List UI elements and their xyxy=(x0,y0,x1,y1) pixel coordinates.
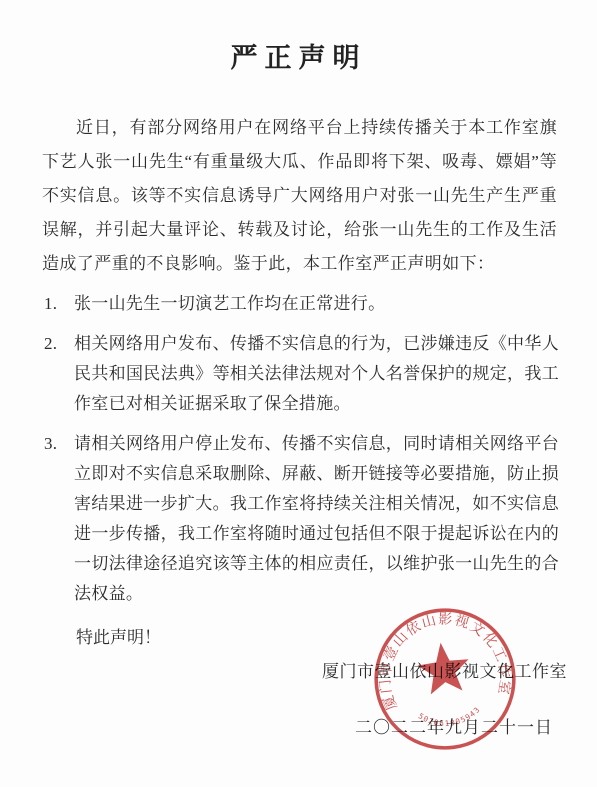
list-item: 1. 张一山先生一切演艺工作均在正常进行。 xyxy=(44,289,559,319)
intro-paragraph: 近日，有部分网络用户在网络平台上持续传播关于本工作室旗下艺人张一山先生“有重量级… xyxy=(42,111,557,281)
item-text: 请相关网络用户停止发布、传播不实信息，同时请相关网络平台立即对不实信息采取删除、… xyxy=(74,429,559,609)
date-line: 二〇二二年九月二十一日 xyxy=(0,713,553,743)
closing-line: 特此声明！ xyxy=(42,623,557,653)
item-number: 2. xyxy=(44,329,74,419)
list-item: 3. 请相关网络用户停止发布、传播不实信息，同时请相关网络平台立即对不实信息采取… xyxy=(44,429,559,609)
statement-list: 1. 张一山先生一切演艺工作均在正常进行。 2. 相关网络用户发布、传播不实信息… xyxy=(44,289,559,609)
item-text: 张一山先生一切演艺工作均在正常进行。 xyxy=(74,289,559,319)
document-title: 严正声明 xyxy=(0,36,597,75)
signature-line: 厦门市壹山依山影视文化工作室 xyxy=(0,657,567,687)
statement-document: 严正声明 近日，有部分网络用户在网络平台上持续传播关于本工作室旗下艺人张一山先生… xyxy=(0,0,597,787)
item-number: 1. xyxy=(44,289,74,319)
item-text: 相关网络用户发布、传播不实信息的行为，已涉嫌违反《中华人民共和国民法典》等相关法… xyxy=(74,329,559,419)
item-number: 3. xyxy=(44,429,74,609)
list-item: 2. 相关网络用户发布、传播不实信息的行为，已涉嫌违反《中华人民共和国民法典》等… xyxy=(44,329,559,419)
